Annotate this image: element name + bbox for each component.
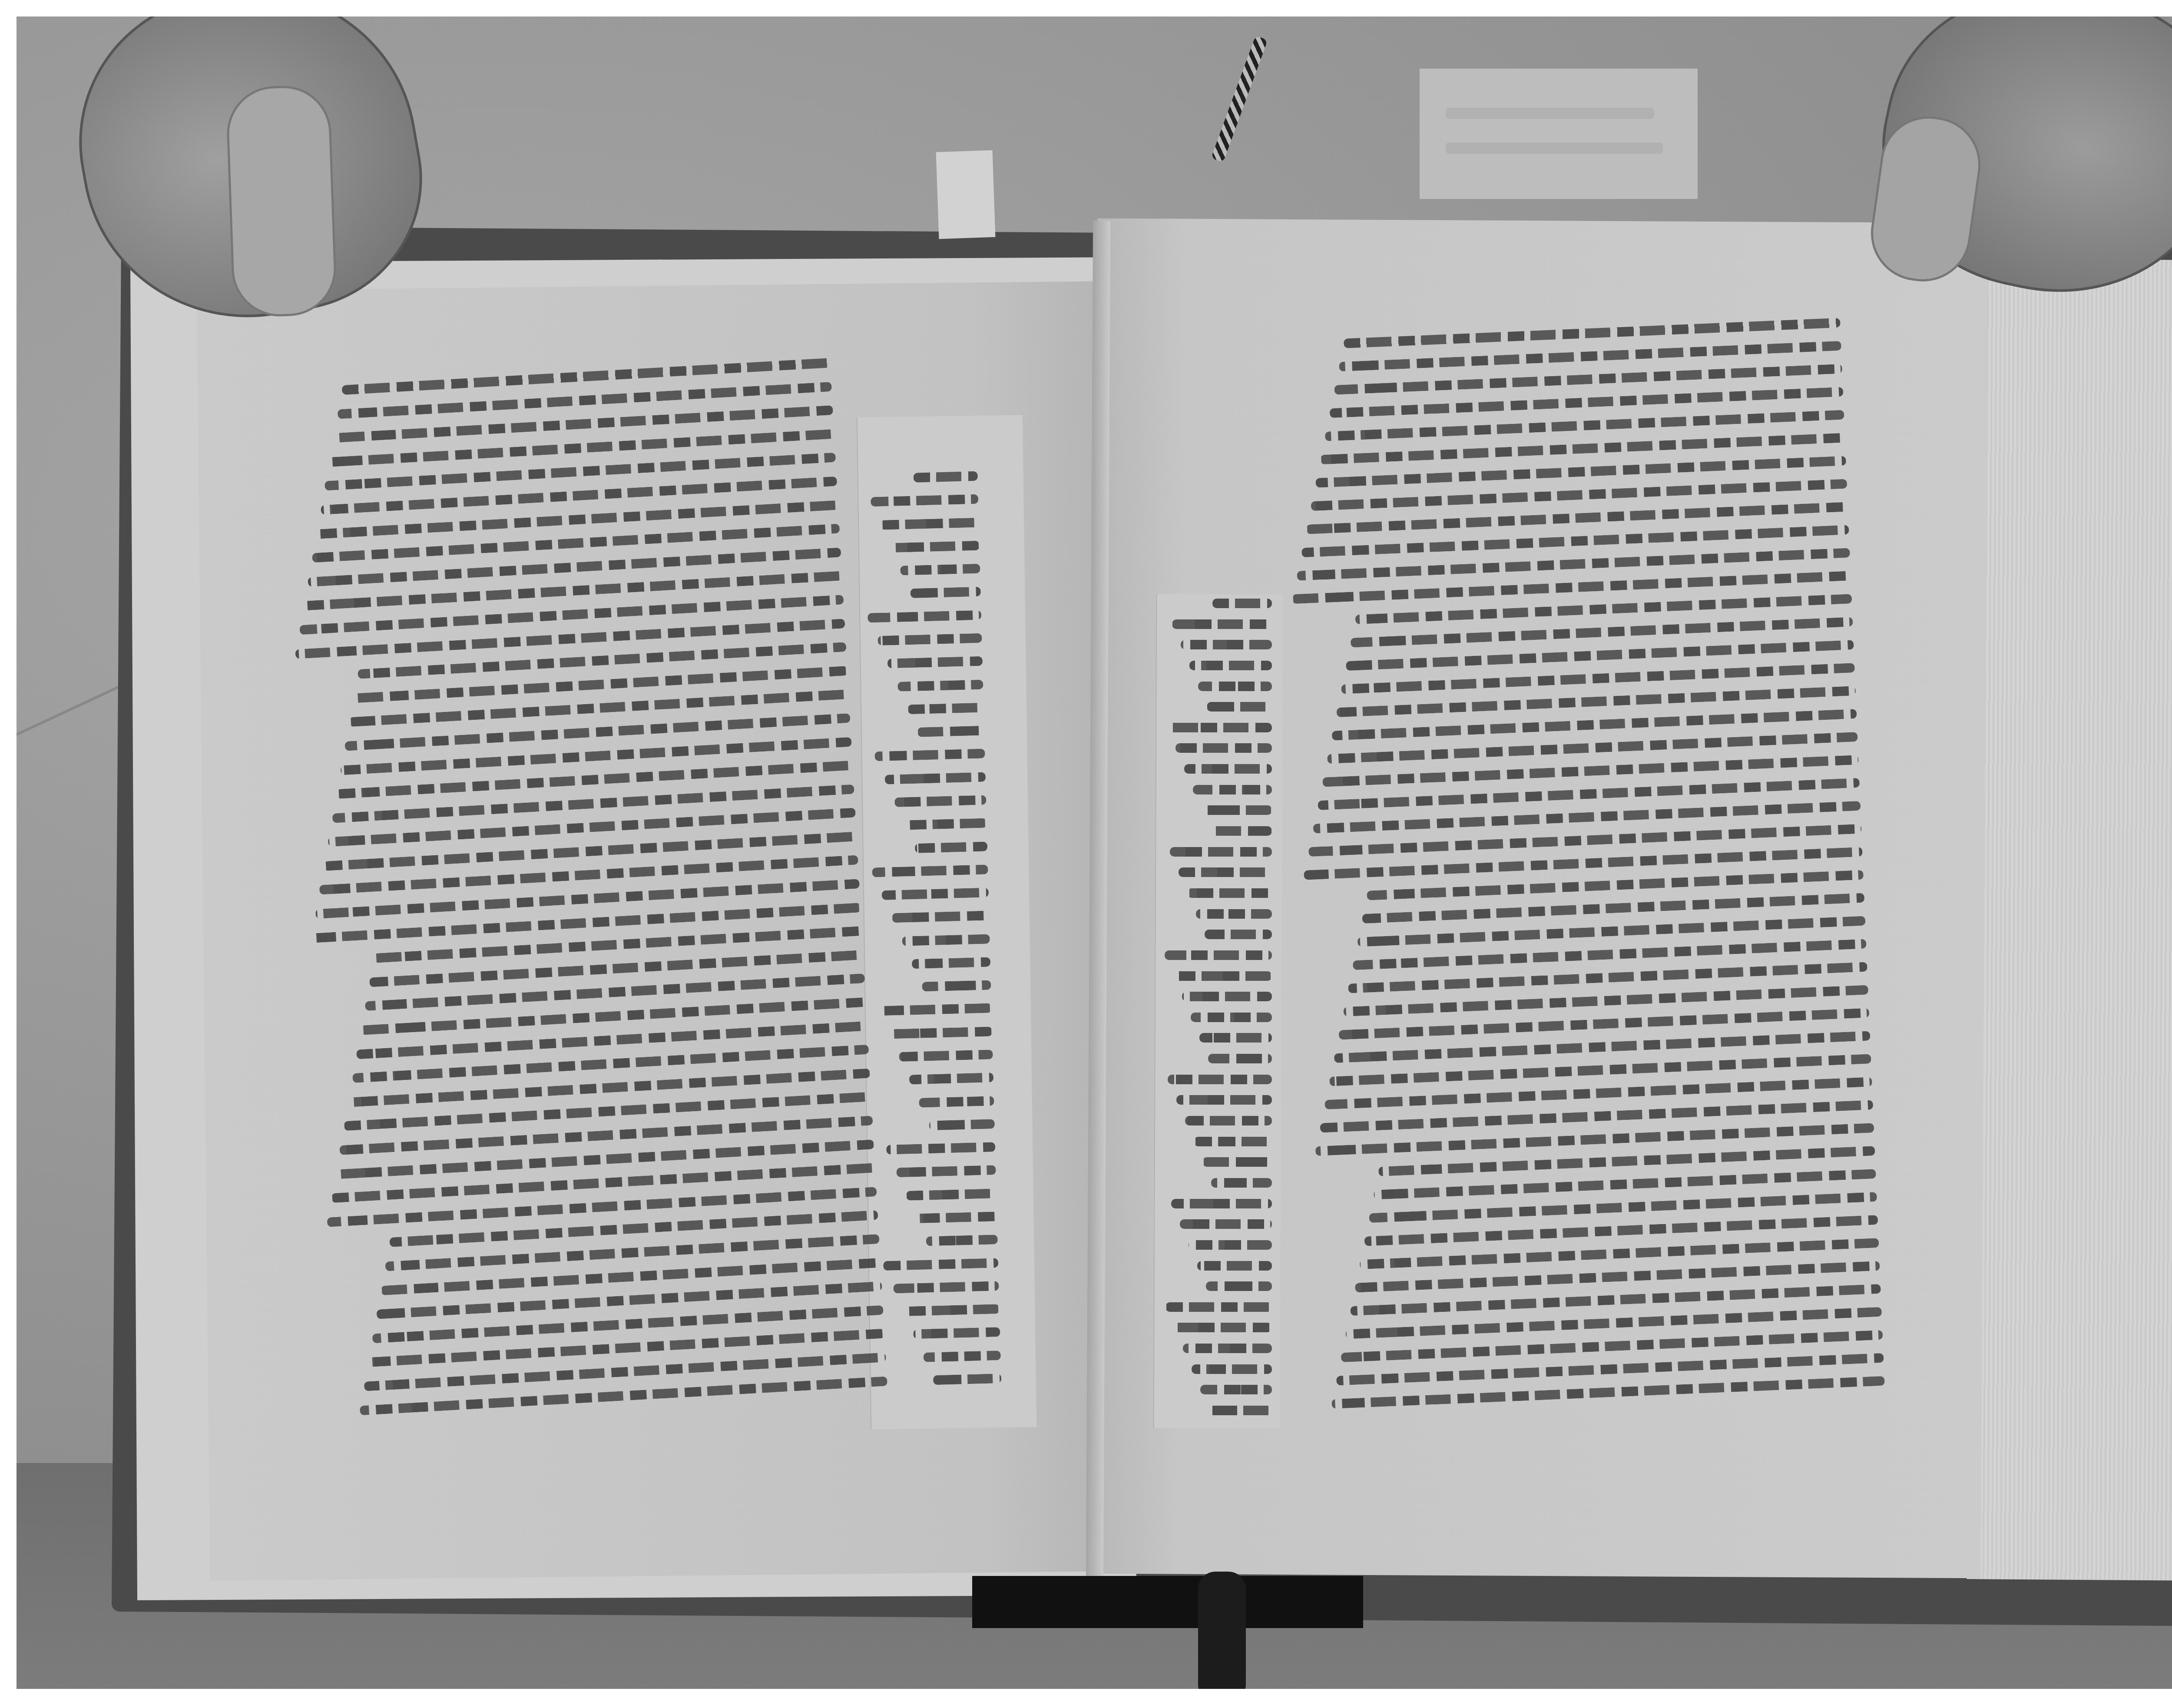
manuscript-text-line: [1206, 1281, 1272, 1291]
left-thumb: [225, 84, 338, 318]
manuscript-text-line: [1198, 682, 1272, 691]
manuscript-text-line: [903, 1304, 1000, 1316]
manuscript-text-line: [1171, 1199, 1272, 1208]
manuscript-text-line: [933, 1374, 1001, 1385]
manuscript-text-line: [1193, 785, 1272, 794]
manuscript-text-line: [1183, 1344, 1272, 1353]
manuscript-text-line: [922, 980, 991, 992]
manuscript-text-line: [887, 656, 983, 669]
manuscript-text-line: [912, 957, 990, 969]
manuscript-text-line: [867, 610, 981, 622]
manuscript-text-line: [923, 1351, 1001, 1362]
manuscript-text-line: [884, 772, 986, 784]
label-text-line: [1446, 108, 1654, 119]
photo-frame: Black-and-white photograph of an open Sy…: [17, 17, 2172, 1689]
manuscript-text-line: [902, 934, 990, 946]
manuscript-text-line: [1165, 1302, 1272, 1312]
manuscript-text-line: [1191, 1013, 1272, 1022]
manuscript-text-line: [913, 471, 978, 483]
manuscript-text-line: [1168, 1075, 1272, 1084]
left-page-text: [275, 358, 887, 1417]
manuscript-text-line: [881, 517, 979, 530]
manuscript-text-line: [1208, 1054, 1272, 1063]
manuscript-text-line: [877, 633, 982, 645]
right-strip-text: [1163, 599, 1272, 1415]
manuscript-text-line: [1197, 1261, 1272, 1271]
manuscript-text-line: [1202, 805, 1272, 815]
manuscript-text-line: [882, 888, 989, 900]
paper-tab: [936, 150, 996, 239]
manuscript-text-line: [910, 587, 981, 598]
manuscript-text-line: [929, 1119, 995, 1130]
manuscript-text-line: [916, 1211, 997, 1223]
manuscript-text-line: [1209, 1406, 1272, 1415]
manuscript-text-line: [883, 1258, 998, 1271]
spine-shadow: [972, 1576, 1363, 1628]
manuscript-text-line: [894, 795, 986, 808]
manuscript-text-line: [1181, 640, 1272, 649]
manuscript-text-line: [1170, 847, 1272, 857]
manuscript-text-line: [891, 541, 980, 553]
manuscript-text-line: [874, 749, 985, 761]
manuscript-text-line: [1172, 619, 1272, 629]
manuscript-text-line: [1184, 764, 1272, 774]
manuscript-text-line: [917, 726, 984, 737]
manuscript-text-line: [901, 564, 980, 576]
manuscript-text-line: [1174, 1323, 1272, 1332]
manuscript-text-line: [889, 1026, 992, 1039]
manuscript-text-line: [1189, 661, 1272, 670]
manuscript-text-line: [926, 1235, 998, 1246]
right-page-edges: [1967, 258, 2172, 1582]
manuscript-text-line: [919, 1096, 994, 1108]
manuscript-text-line: [1179, 867, 1272, 877]
manuscript-text-line: [879, 1003, 992, 1016]
manuscript-text-line: [892, 911, 990, 923]
right-page-text: [1276, 318, 1885, 1409]
manuscript-text-line: [1180, 1219, 1272, 1229]
manuscript-text-line: [1192, 1364, 1272, 1374]
manuscript-text-line: [872, 864, 988, 877]
shelf-label-card: [1420, 69, 1698, 199]
manuscript-text-line: [1202, 1157, 1272, 1167]
manuscript-text-line: [1200, 1385, 1272, 1394]
manuscript-text-line: [1211, 1178, 1272, 1188]
manuscript-text-line: [1207, 702, 1272, 712]
bookmark-ribbon: [1198, 1572, 1246, 1689]
manuscript-text-line: [893, 1281, 999, 1293]
manuscript-text-line: [1167, 723, 1272, 732]
manuscript-text-line: [1165, 950, 1272, 960]
manuscript-text-line: [1205, 930, 1272, 939]
manuscript-text-line: [899, 1049, 993, 1062]
manuscript-text-line: [1196, 909, 1272, 919]
manuscript-text-line: [1185, 1116, 1272, 1125]
manuscript-text-line: [1210, 826, 1272, 836]
manuscript-text-line: [1173, 971, 1272, 981]
manuscript-text-line: [896, 1165, 996, 1178]
manuscript-text-line: [1176, 1095, 1272, 1105]
left-strip-text: [861, 471, 1002, 1386]
manuscript-text-line: [907, 702, 984, 714]
manuscript-text-line: [1187, 888, 1272, 898]
manuscript-text-line: [1194, 1137, 1272, 1146]
manuscript-text-line: [897, 679, 983, 691]
manuscript-text-line: [1212, 599, 1272, 608]
manuscript-text-line: [871, 494, 979, 506]
manuscript-text-line: [906, 1188, 997, 1200]
manuscript-text-line: [913, 1327, 1000, 1339]
manuscript-text-line: [909, 1073, 993, 1085]
label-text-line: [1446, 142, 1663, 154]
manuscript-text-line: [904, 818, 987, 830]
manuscript-text-line: [914, 841, 987, 853]
manuscript-text-line: [1199, 1033, 1272, 1043]
manuscript-text-line: [1189, 1240, 1272, 1250]
manuscript-text-line: [1175, 743, 1272, 753]
manuscript-text-line: [1182, 992, 1272, 1001]
manuscript-text-line: [886, 1142, 996, 1155]
